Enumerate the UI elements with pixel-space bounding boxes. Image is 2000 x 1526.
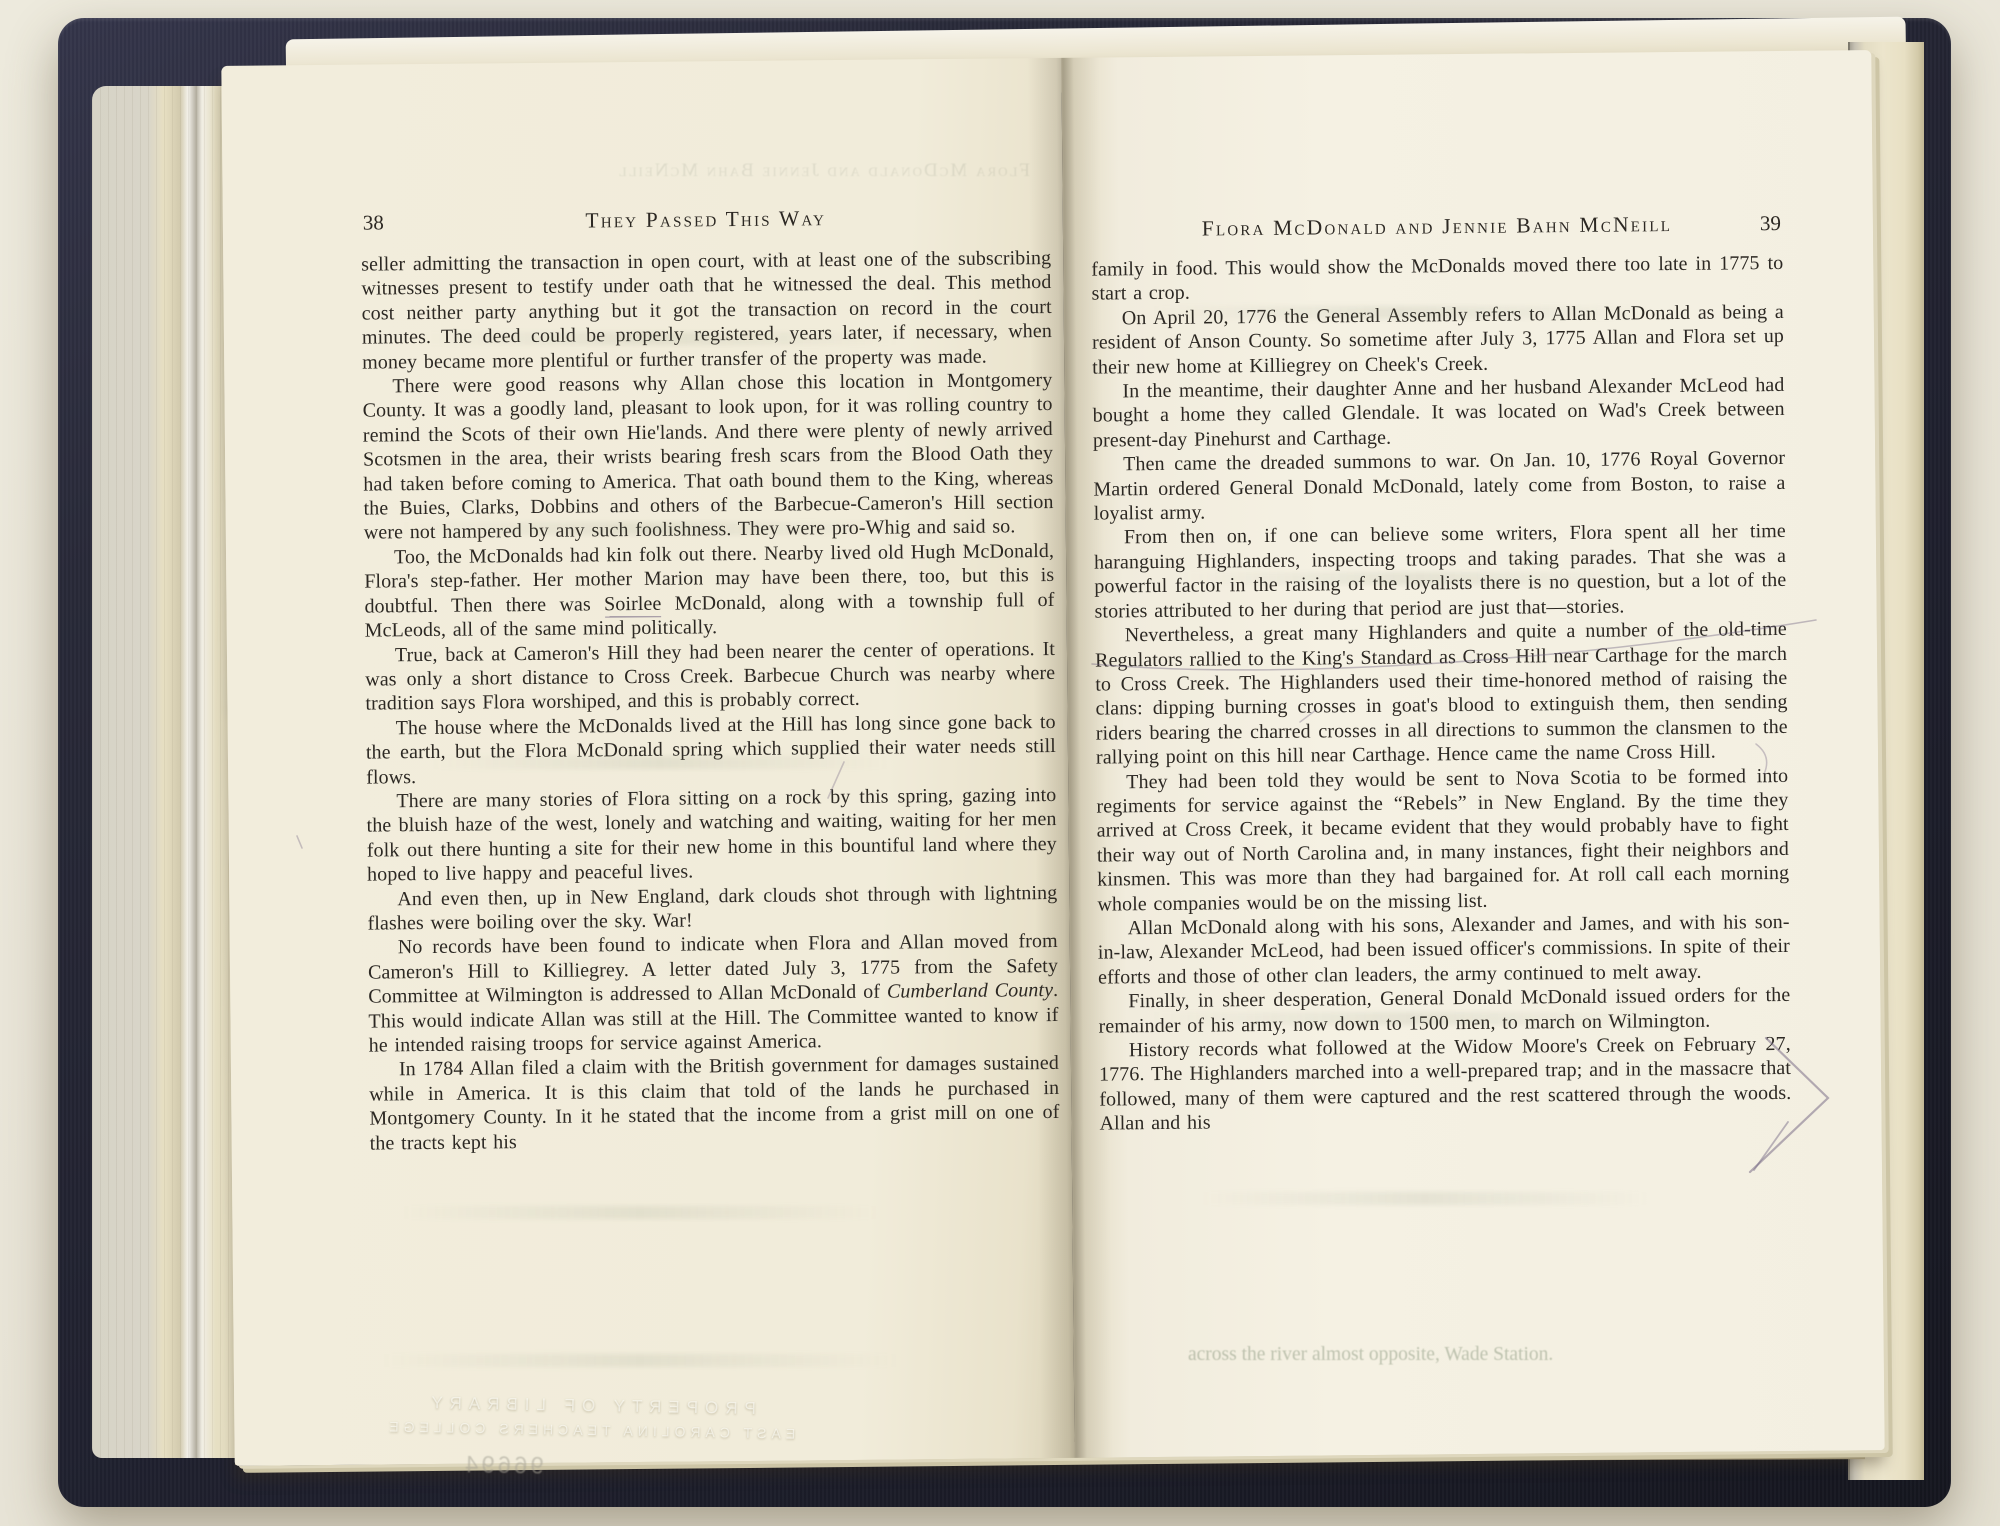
text-segment: seller admitting the transaction in open… — [361, 247, 1052, 373]
text-segment: family in food. This would show the McDo… — [1091, 252, 1783, 305]
text-segment: On April 20, 1776 the General Assembly r… — [1092, 301, 1784, 378]
paragraph: Too, the McDonalds had kin folk out ther… — [364, 539, 1055, 643]
paragraph: There were good reasons why Allan chose … — [362, 368, 1054, 545]
paragraph: In the meantime, their daughter Anne and… — [1092, 373, 1785, 453]
ghost-running-head: Flora McDonald and Jennie Bahn McNeill — [470, 160, 1030, 182]
text-segment: True, back at Cameron's Hill they had be… — [365, 637, 1055, 714]
open-spread: 38 They Passed This Way Flora McDonald a… — [221, 50, 1884, 1466]
paragraph: The house where the McDonalds lived at t… — [366, 710, 1057, 790]
text-segment: Finally, in sheer desperation, General D… — [1098, 984, 1790, 1037]
paragraph: No records have been found to indicate w… — [368, 929, 1059, 1058]
text-segment: In 1784 Allan filed a claim with the Bri… — [369, 1052, 1059, 1154]
paragraph: And even then, up in New England, dark c… — [367, 881, 1057, 936]
accession-number: 96694 — [462, 1451, 544, 1480]
paragraph: Then came the dreaded summons to war. On… — [1093, 446, 1786, 526]
left-page-text: seller admitting the transaction in open… — [361, 246, 1060, 1156]
paragraph: From then on, if one can believe some wr… — [1094, 519, 1787, 623]
text-segment: There were good reasons why Allan chose … — [363, 369, 1054, 544]
left-running-head: They Passed This Way — [361, 204, 1051, 236]
paragraph: There are many stories of Flora sitting … — [366, 783, 1057, 887]
text-segment: They had been told they would be sent to… — [1096, 764, 1789, 915]
paragraph: They had been told they would be sent to… — [1096, 763, 1789, 916]
paragraph: In 1784 Allan filed a claim with the Bri… — [369, 1051, 1060, 1155]
text-segment: Then came the dreaded summons to war. On… — [1093, 447, 1785, 524]
paragraph: On April 20, 1776 the General Assembly r… — [1092, 300, 1785, 380]
text-segment: And even then, up in New England, dark c… — [367, 882, 1057, 935]
pencil-underlined-word: Soirlee — [604, 592, 662, 616]
paragraph: Nevertheless, a great many Highlanders a… — [1095, 617, 1788, 770]
paragraph: family in food. This would show the McDo… — [1091, 251, 1783, 306]
text-segment: Allan McDonald along with his sons, Alex… — [1098, 911, 1790, 988]
text-segment: The house where the McDonalds lived at t… — [366, 711, 1056, 788]
right-page-text: family in food. This would show the McDo… — [1091, 251, 1791, 1136]
right-page-number: 39 — [1760, 211, 1781, 236]
paragraph: History records what followed at the Wid… — [1099, 1032, 1792, 1136]
text-segment: From then on, if one can believe some wr… — [1094, 520, 1786, 622]
book-photograph: 38 They Passed This Way Flora McDonald a… — [0, 0, 2000, 1526]
text-segment: History records what followed at the Wid… — [1099, 1033, 1791, 1135]
text-segment: Nevertheless, a great many Highlanders a… — [1095, 618, 1788, 769]
paragraph: True, back at Cameron's Hill they had be… — [365, 636, 1056, 716]
paragraph: seller admitting the transaction in open… — [361, 246, 1052, 375]
text-segment: In the meantime, their daughter Anne and… — [1093, 374, 1785, 451]
italic-text: Cumberland County — [887, 979, 1053, 1003]
text-segment: There are many stories of Flora sitting … — [367, 784, 1057, 886]
right-running-head: Flora McDonald and Jennie Bahn McNeill — [1091, 211, 1783, 243]
paragraph: Finally, in sheer desperation, General D… — [1098, 983, 1790, 1038]
ghost-text-fragment: across the river almost opposite, Wade S… — [1188, 1344, 1808, 1366]
paragraph: Allan McDonald along with his sons, Alex… — [1098, 910, 1791, 990]
left-page-number: 38 — [363, 210, 384, 235]
